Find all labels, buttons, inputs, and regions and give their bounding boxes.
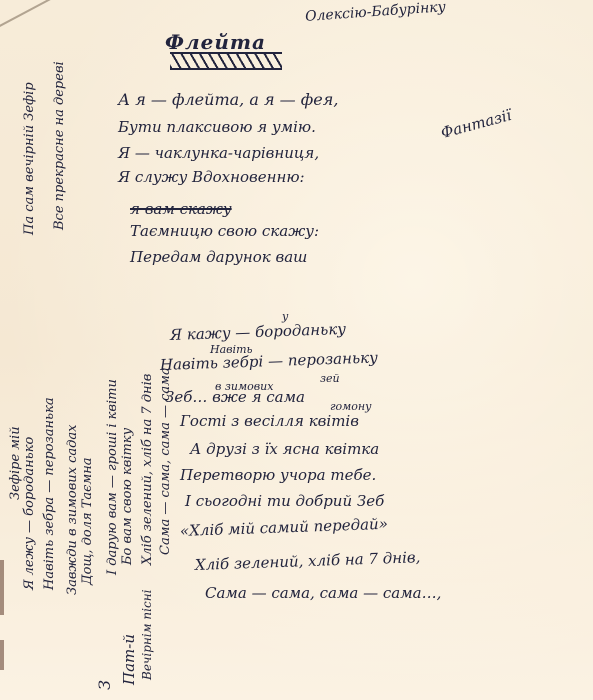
margin-note-vertical: Зефіре мій <box>8 426 23 500</box>
margin-note-vertical: Хліб зелений, хліб на 7 днів <box>140 374 155 565</box>
margin-note-vertical: Вечірнім пісні <box>140 590 154 680</box>
margin-note-vertical: Все прекрасне на дереві <box>52 61 67 230</box>
stanza-3-line: Гості з весілля квітів <box>180 412 359 430</box>
struck-line: я вам скажу <box>130 200 232 218</box>
poem-title: Флейта <box>165 30 266 54</box>
paper-edge-shadow <box>0 640 4 670</box>
margin-note-vertical: Сама — сама, сама — сама <box>158 367 173 555</box>
stanza-1-line: Бути плаксивою я умію. <box>118 118 316 136</box>
stanza-2-line: Передам дарунок ваш <box>130 248 307 266</box>
stanza-1-line: А я — флейта, а я — фея, <box>118 90 338 109</box>
insert-above: зей <box>320 372 340 385</box>
stanza-3-line: Я кажу — бороданьку <box>170 320 347 344</box>
stanza-3-line: Навіть зебрі — перозаньку <box>160 348 378 374</box>
paper-edge-shadow <box>0 560 4 615</box>
folded-corner-edge <box>0 0 53 32</box>
margin-note-vertical: З <box>95 680 114 690</box>
stanza-3-line: «Хліб мій самий передай» <box>180 515 388 540</box>
stanza-1-line: Я — чаклунка-чарівниця, <box>118 144 319 162</box>
manuscript-paper: Флейта Олексію-Бабурінку А я — флейта, а… <box>0 0 593 700</box>
stanza-3-line: Зеб… вже я сама <box>165 388 305 406</box>
dedication: Олексію-Бабурінку <box>305 0 447 25</box>
stanza-1-line: Я служу Вдохновенню: <box>118 168 305 186</box>
title-ornament-underline <box>170 52 282 70</box>
margin-note-vertical: Навіть зебра — перозанька <box>42 397 57 590</box>
margin-note-vertical: Па сам вечірній Зефір <box>22 82 37 235</box>
side-annotation: Фантазії <box>439 106 513 142</box>
margin-note-vertical: Пат-й <box>120 634 138 685</box>
stanza-3-line: І сьогодні ти добрий Зеб <box>185 492 384 510</box>
stanza-3-line: Сама — сама, сама — сама…, <box>205 584 441 602</box>
stanza-2-line: Таємницю свою скажу: <box>130 222 319 240</box>
margin-note-vertical: І дарую вам — гроші і квіти <box>105 379 120 575</box>
margin-note-vertical: Дощ, доля Таємна <box>80 457 95 585</box>
margin-note-vertical: Я лежу — бороданько <box>22 437 37 590</box>
margin-note-vertical: Завжди в зимових садах <box>65 425 80 595</box>
stanza-3-line: Перетворю учора тебе. <box>180 466 376 484</box>
stanza-3-line: А друзі з їх ясна квітка <box>190 440 379 458</box>
stanza-3-line: Хліб зелений, хліб на 7 днів, <box>195 548 421 574</box>
margin-note-vertical: Бо вам свою квітку <box>120 428 135 565</box>
